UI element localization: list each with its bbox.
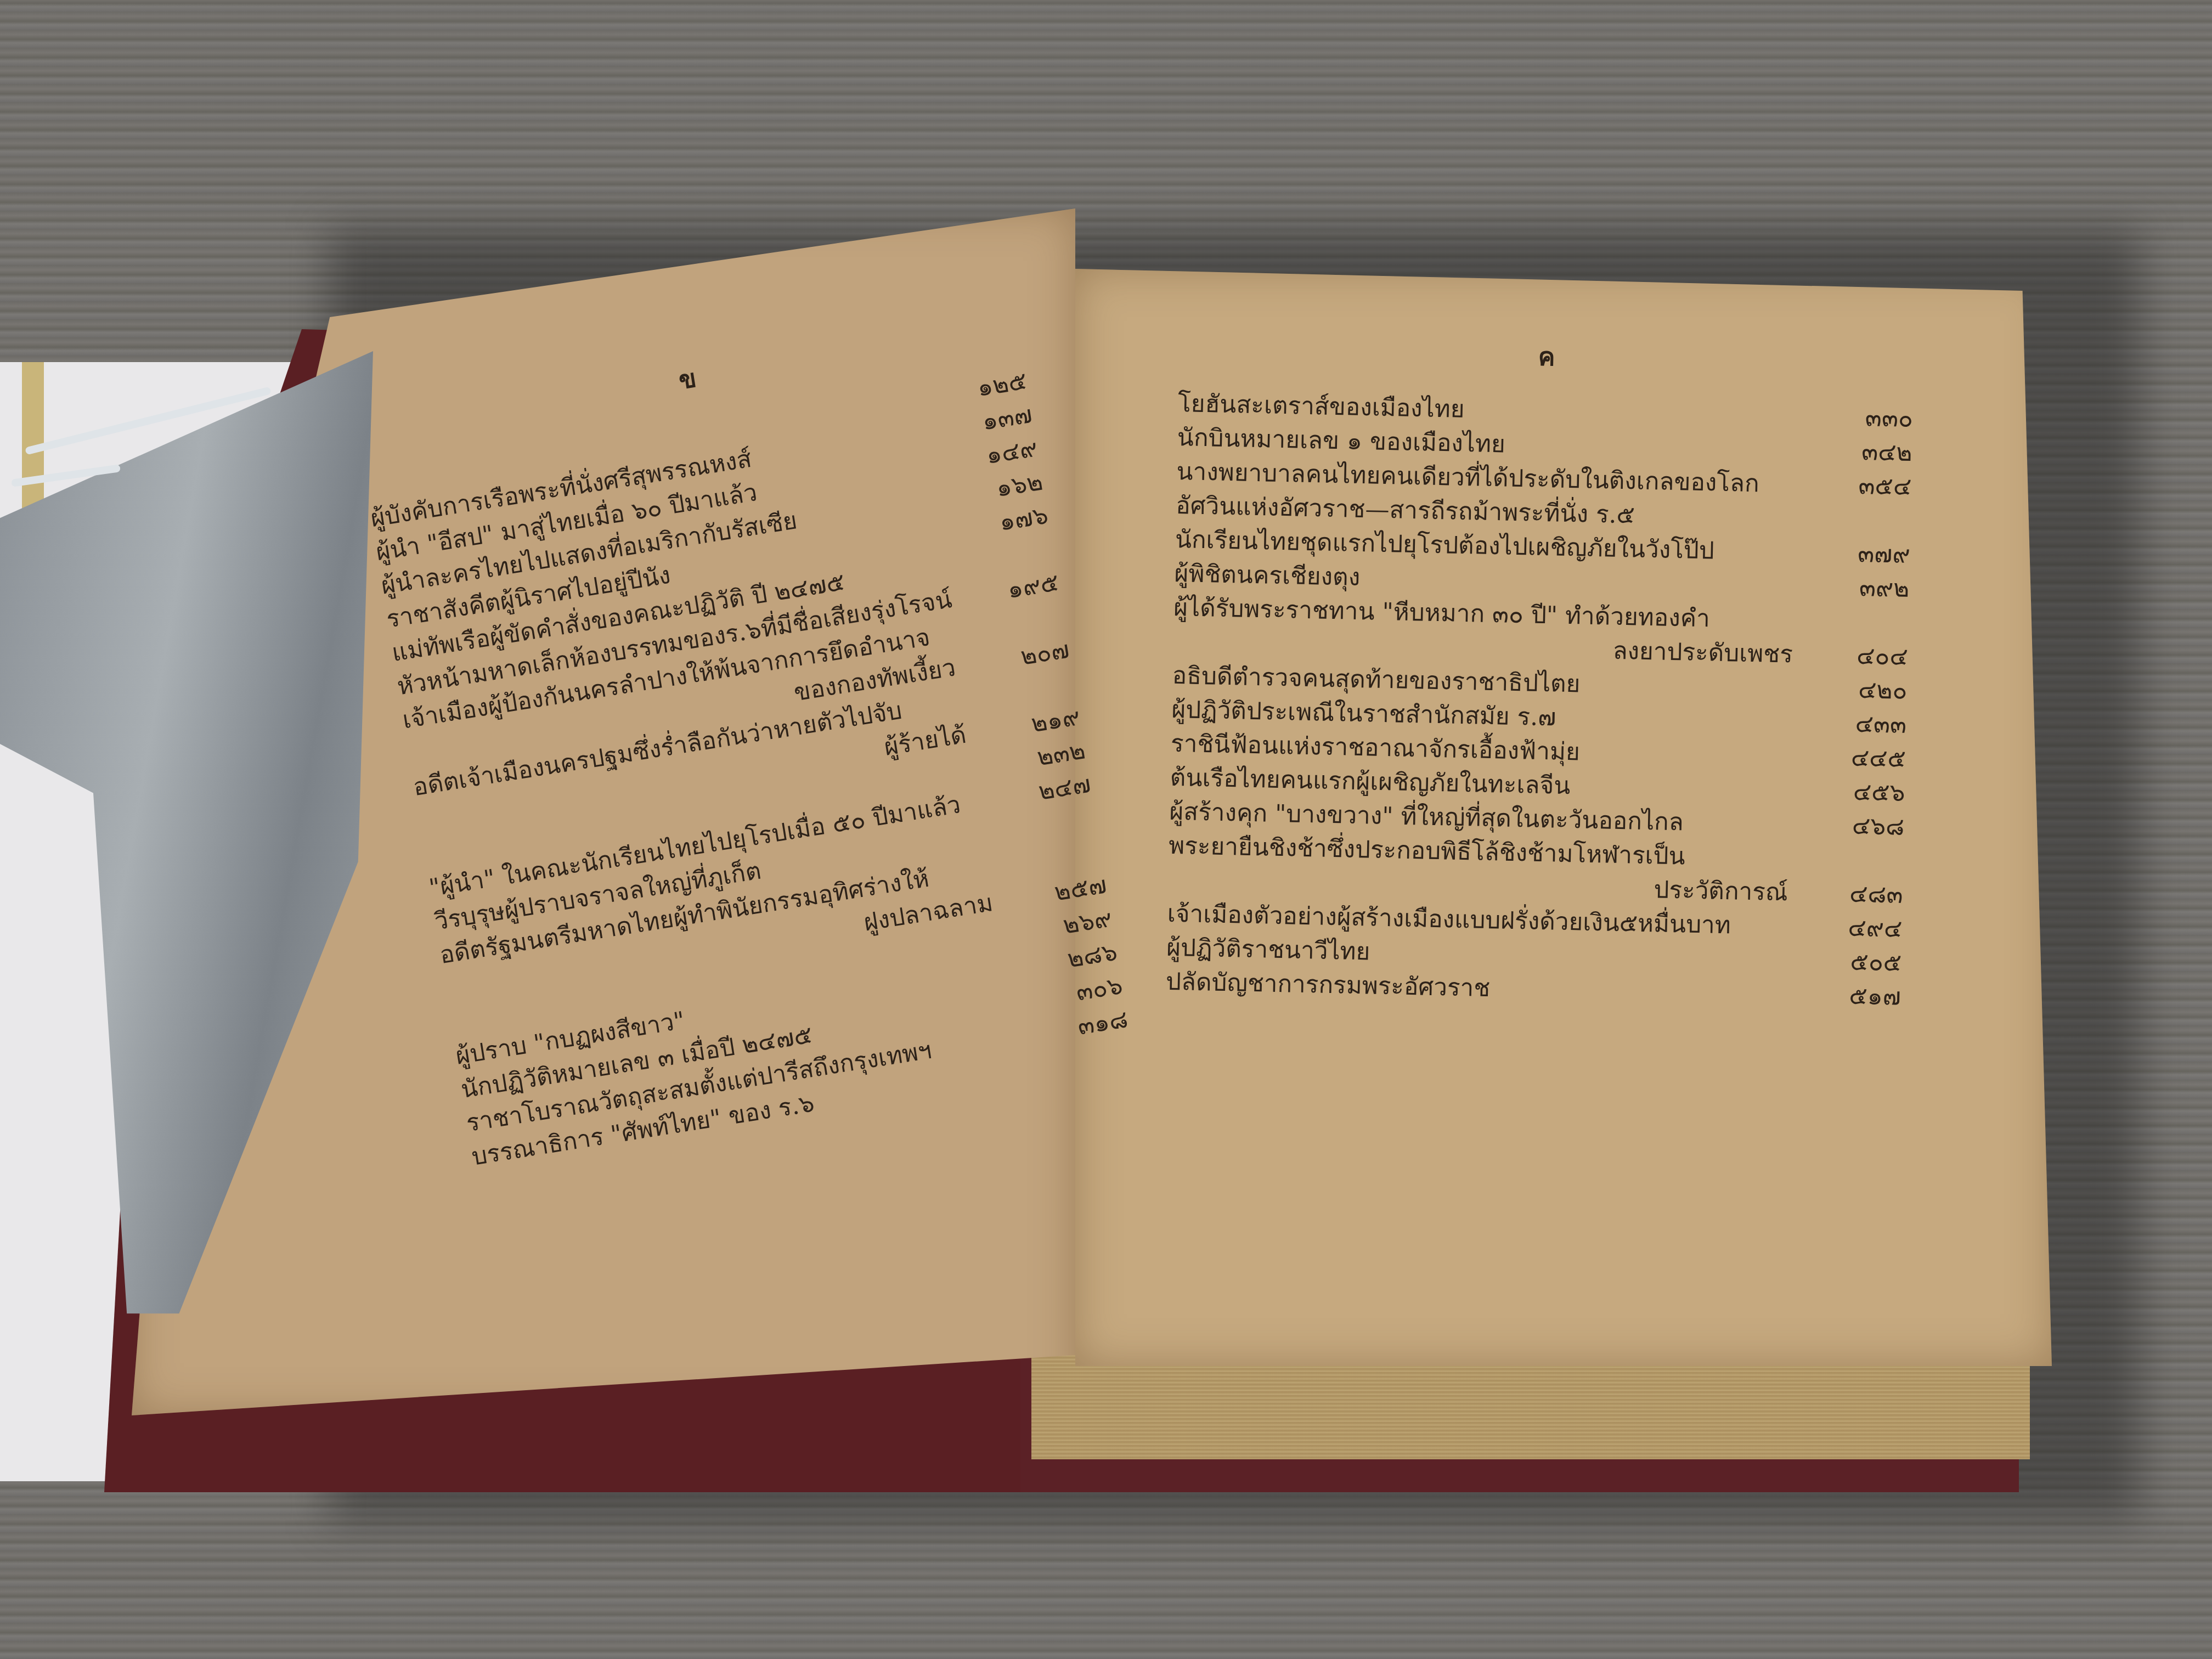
toc-right: ค โยฮันสะเตราส์ของเมืองไทย๓๓๐นักบินหมายเ… xyxy=(1165,329,1914,1013)
toc-entry-page-number: ๔๐๔ xyxy=(1825,640,1908,673)
toc-entry-page-number: ๕๐๕ xyxy=(1819,946,1902,979)
toc-entry-page-number: ๔๓๓ xyxy=(1824,708,1907,741)
toc-entry-page-number: ๔๘๓ xyxy=(1820,878,1903,911)
toc-left: ข ๑๒๕ผู้บังคับการเรือพระที่นั่งศรีสุพรรณ… xyxy=(354,307,1136,1173)
toc-entry-page-number: ๓๕๔ xyxy=(1829,470,1912,503)
toc-entry-page-number: ๔๙๔ xyxy=(1820,912,1903,945)
toc-entry-page-number: ๓๔๒ xyxy=(1830,436,1912,469)
toc-entry-page-number: ๔๖๘ xyxy=(1822,810,1905,843)
toc-entry-page-number: ๓๓๐ xyxy=(1830,402,1913,435)
toc-entry-page-number: ๔๕๖ xyxy=(1822,776,1905,809)
toc-entry-page-number: ๔๒๐ xyxy=(1825,674,1908,707)
toc-entry-page-number: ๔๔๕ xyxy=(1823,742,1906,775)
toc-entry-page-number: ๓๗๙ xyxy=(1827,538,1910,571)
toc-entry-page-number: ๕๑๗ xyxy=(1818,980,1901,1013)
toc-entry-page-number: ๓๙๒ xyxy=(1827,572,1910,605)
